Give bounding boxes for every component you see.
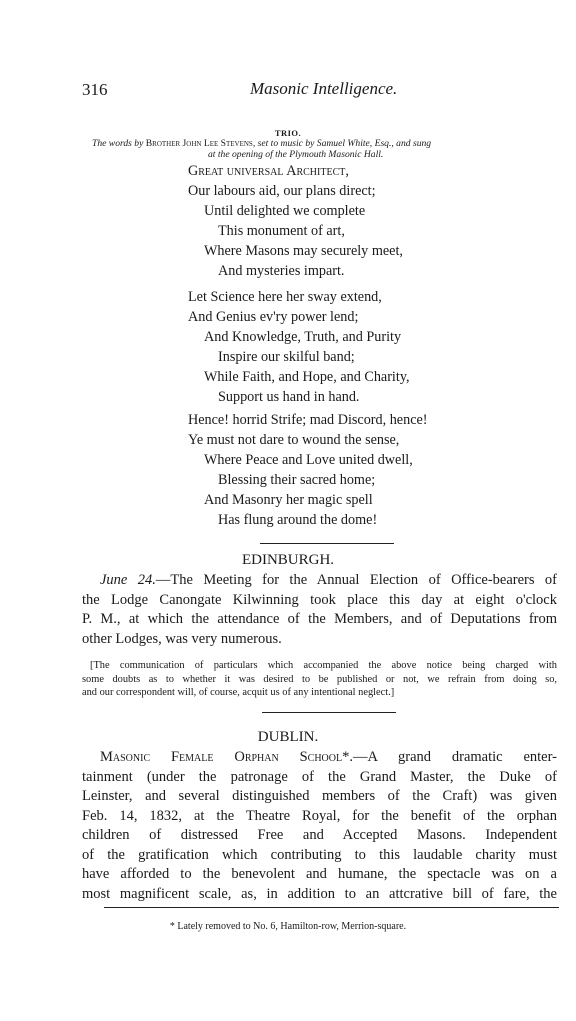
- section-divider: [262, 712, 396, 713]
- page-number: 316: [82, 80, 108, 100]
- paragraph-line: other Lodges, was very numerous.: [82, 630, 557, 650]
- trio-credit-line-2: at the opening of the Plymouth Masonic H…: [208, 149, 383, 160]
- paragraph-line: have afforded to the benevolent and huma…: [82, 865, 557, 885]
- paragraph-line: the Lodge Canongate Kilwinning took plac…: [82, 591, 557, 611]
- credit-middle: , set to music by Samuel White, Esq., an…: [253, 138, 431, 149]
- verse-line: Hence! horrid Strife; mad Discord, hence…: [188, 410, 428, 430]
- footnote-rule: [104, 907, 559, 908]
- running-title: Masonic Intelligence.: [250, 79, 397, 99]
- paragraph-line: tainment (under the patronage of the Gra…: [82, 768, 557, 788]
- paragraph-line: children of distressed Free and Accepted…: [82, 826, 557, 846]
- edinburgh-paragraph: June 24.—The Meeting for the Annual Elec…: [82, 571, 557, 649]
- verse-line: Let Science here her sway extend,: [188, 287, 410, 307]
- date: June 24.: [100, 572, 156, 588]
- verse-line: Inspire our skilful band;: [188, 347, 410, 367]
- paragraph-line: Masonic Female Orphan School*.—A grand d…: [82, 748, 557, 768]
- poem-stanza-1: Great universal Architect, Our labours a…: [188, 161, 403, 281]
- verse-line: Our labours aid, our plans direct;: [188, 181, 403, 201]
- trio-title: TRIO.: [0, 128, 576, 138]
- paragraph-line: most magnificent scale, as, in addition …: [82, 885, 557, 905]
- dublin-paragraph: Masonic Female Orphan School*.—A grand d…: [82, 748, 557, 904]
- verse-line: Until delighted we complete: [188, 201, 403, 221]
- poem-stanza-3: Hence! horrid Strife; mad Discord, hence…: [188, 410, 428, 530]
- lead-in: Masonic Female Orphan School*.: [100, 749, 353, 765]
- paragraph-line: June 24.—The Meeting for the Annual Elec…: [82, 571, 557, 591]
- note-line: some doubts as to whether it was desired…: [82, 673, 557, 687]
- paragraph-line: P. M., at which the attendance of the Me…: [82, 610, 557, 630]
- poem-stanza-2: Let Science here her sway extend, And Ge…: [188, 287, 410, 407]
- paragraph-line: Feb. 14, 1832, at the Theatre Royal, for…: [82, 807, 557, 827]
- verse-line: Great universal Architect,: [188, 161, 403, 181]
- paragraph-line: of the gratification which contributing …: [82, 846, 557, 866]
- verse-line: Has flung around the dome!: [188, 510, 428, 530]
- verse-line: And Knowledge, Truth, and Purity: [188, 327, 410, 347]
- trio-credit-line-1: The words by Brother John Lee Stevens, s…: [92, 138, 431, 149]
- note-line: and our correspondent will, of course, a…: [82, 686, 557, 700]
- heading-dublin: DUBLIN.: [0, 729, 576, 746]
- verse-line: And Masonry her magic spell: [188, 490, 428, 510]
- verse-line: And mysteries impart.: [188, 261, 403, 281]
- footnote: * Lately removed to No. 6, Hamilton-row,…: [0, 921, 576, 932]
- verse-line: Where Peace and Love united dwell,: [188, 450, 428, 470]
- heading-edinburgh: EDINBURGH.: [0, 552, 576, 569]
- verse-line: This monument of art,: [188, 221, 403, 241]
- paragraph-line: Leinster, and several distinguished memb…: [82, 787, 557, 807]
- editorial-note: [The communication of particulars which …: [82, 659, 557, 700]
- credit-prefix: The words by: [92, 138, 146, 149]
- verse-line: Ye must not dare to wound the sense,: [188, 430, 428, 450]
- verse-line: While Faith, and Hope, and Charity,: [188, 367, 410, 387]
- verse-line: And Genius ev'ry power lend;: [188, 307, 410, 327]
- verse-line: Blessing their sacred home;: [188, 470, 428, 490]
- section-divider: [260, 543, 394, 544]
- note-line: [The communication of particulars which …: [82, 659, 557, 673]
- verse-line: Where Masons may securely meet,: [188, 241, 403, 261]
- verse-line: Support us hand in hand.: [188, 387, 410, 407]
- credit-author: Brother John Lee Stevens: [146, 138, 253, 149]
